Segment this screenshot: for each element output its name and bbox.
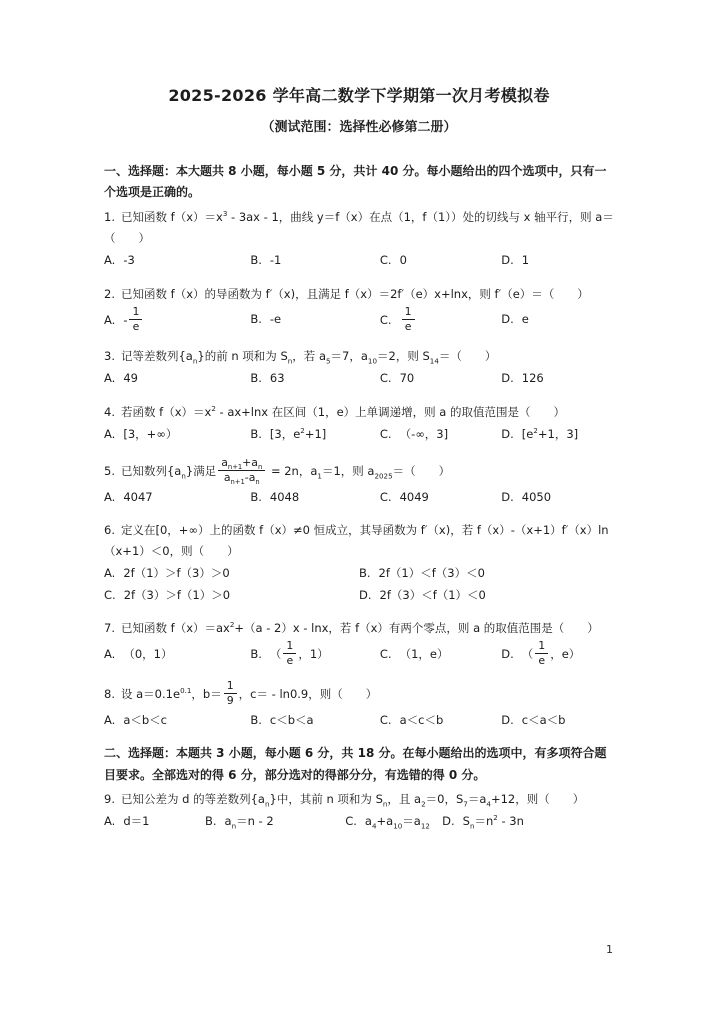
option-text: 4049 <box>400 490 429 504</box>
option-text: -e <box>270 312 281 326</box>
question-text: 已知函数 f（x）＝ax2+（a - 2）x - lnx，若 f（x）有两个零点… <box>121 621 599 635</box>
question-stem: 5.已知数列{an}满足an+1+anan+1-an = 2n，a1＝1，则 a… <box>104 457 614 485</box>
option-label: B. <box>250 253 262 267</box>
question: 5.已知数列{an}满足an+1+anan+1-an = 2n，a1＝1，则 a… <box>104 457 614 508</box>
question: 3.记等差数列{an}的前 n 项和为 Sn，若 a5＝7，a10＝2，则 S1… <box>104 346 614 390</box>
subscript: 7 <box>463 799 468 808</box>
options-row: A.a＜b＜c B.c＜b＜a C.a＜c＜b D.c＜a＜b <box>104 710 614 731</box>
question-number: 4. <box>104 405 115 419</box>
question: 9.已知公差为 d 的等差数列{an}中，其前 n 项和为 Sn，且 a2＝0，… <box>104 789 614 833</box>
fraction: an+1+anan+1-an <box>218 456 265 484</box>
option-text: [3，e2+1] <box>270 427 326 441</box>
subscript: 12 <box>421 822 430 831</box>
subscript: n <box>181 471 186 480</box>
option-label: D. <box>501 647 514 661</box>
answer-option: B.2f（1）＜f（3）＜0 <box>359 563 614 584</box>
answer-option: A.-3 <box>104 250 250 271</box>
answer-option: A.[3，+∞） <box>104 424 250 445</box>
answer-option: D.126 <box>501 368 614 389</box>
answer-option: A.a＜b＜c <box>104 710 250 731</box>
question-stem: 6.定义在[0，+∞）上的函数 f（x）≠0 恒成立，其导函数为 f′（x)，若… <box>104 520 614 563</box>
fraction: 1e <box>402 305 415 333</box>
option-label: C. <box>380 313 392 327</box>
subscript: 1 <box>317 471 322 480</box>
answer-option: B.63 <box>250 368 380 389</box>
options-row: A.-3 B.-1 C.0 D.1 <box>104 250 614 271</box>
fraction: 1e <box>535 639 548 667</box>
question-text: 已知函数 f（x）的导函数为 f′（x)，且满足 f（x）＝2f′（e）x+ln… <box>121 287 589 301</box>
answer-option: D.（1e，e） <box>501 640 614 668</box>
superscript: 0.1 <box>180 686 191 695</box>
question-text: 设 a＝0.1e0.1，b＝19，c＝ - ln0.9，则（ ） <box>121 687 377 701</box>
question-stem: 4.若函数 f（x）＝x2 - ax+lnx 在区间（1，e）上单调递增，则 a… <box>104 402 614 423</box>
question: 8.设 a＝0.1e0.1，b＝19，c＝ - ln0.9，则（ ） A.a＜b… <box>104 680 614 731</box>
option-label: D. <box>501 371 514 385</box>
option-text: 0 <box>400 253 407 267</box>
options-row: A.[3，+∞） B.[3，e2+1] C.（-∞，3] D.[e2+1，3] <box>104 424 614 445</box>
option-label: C. <box>104 588 116 602</box>
subscript: n+1 <box>231 478 245 486</box>
question-stem: 3.记等差数列{an}的前 n 项和为 Sn，若 a5＝7，a10＝2，则 S1… <box>104 346 614 367</box>
option-label: C. <box>380 490 392 504</box>
option-label: A. <box>104 647 115 661</box>
question-text: 若函数 f（x）＝x2 - ax+lnx 在区间（1，e）上单调递增，则 a 的… <box>121 405 565 419</box>
answer-option: D.4050 <box>501 487 614 508</box>
question-number: 5. <box>104 464 115 478</box>
answer-option: A.（0，1） <box>104 644 250 665</box>
answer-option: D.2f（3）＜f（1）＜0 <box>359 585 614 606</box>
section-heading: 一、选择题：本大题共 8 小题，每小题 5 分，共计 40 分。每小题给出的四个… <box>104 161 614 204</box>
question-stem: 7.已知函数 f（x）＝ax2+（a - 2）x - lnx，若 f（x）有两个… <box>104 618 614 639</box>
exam-subtitle: （测试范围：选择性必修第二册） <box>104 120 614 137</box>
option-label: A. <box>104 713 115 727</box>
option-label: D. <box>501 312 514 326</box>
option-label: A. <box>104 427 115 441</box>
subscript: n <box>288 357 293 366</box>
option-text: a4+a10＝a12 <box>365 814 430 828</box>
superscript: 3 <box>223 209 228 218</box>
option-label: B. <box>250 371 262 385</box>
option-label: C. <box>380 647 392 661</box>
option-text: Sn＝n2 - 3n <box>463 814 524 828</box>
answer-option: D.c＜a＜b <box>501 710 614 731</box>
option-text: a＜c＜b <box>400 713 444 727</box>
option-text: （1e，e） <box>522 647 581 661</box>
answer-option: B.an＝n - 2 <box>205 811 345 832</box>
options-row: A.2f（1）＞f（3）＞0 B.2f（1）＜f（3）＜0 C.2f（3）＞f（… <box>104 563 614 606</box>
question-number: 2. <box>104 287 115 301</box>
option-label: C. <box>380 371 392 385</box>
option-text: [e2+1，3] <box>522 427 578 441</box>
option-label: A. <box>104 566 115 580</box>
option-text: 70 <box>400 371 415 385</box>
answer-option: B.-e <box>250 309 380 330</box>
option-text: c＜b＜a <box>270 713 314 727</box>
question-number: 8. <box>104 687 115 701</box>
question: 2.已知函数 f（x）的导函数为 f′（x)，且满足 f（x）＝2f′（e）x+… <box>104 284 614 335</box>
answer-option: A.d＝1 <box>104 811 205 832</box>
option-label: D. <box>501 427 514 441</box>
question-stem: 2.已知函数 f（x）的导函数为 f′（x)，且满足 f（x）＝2f′（e）x+… <box>104 284 614 305</box>
answer-option: D.e <box>501 309 614 330</box>
question-stem: 8.设 a＝0.1e0.1，b＝19，c＝ - ln0.9，则（ ） <box>104 680 614 708</box>
question-text: 已知公差为 d 的等差数列{an}中，其前 n 项和为 Sn，且 a2＝0，S7… <box>121 792 584 806</box>
subscript: 2 <box>421 799 426 808</box>
answer-option: C.（-∞，3] <box>380 424 501 445</box>
option-label: D. <box>359 588 372 602</box>
option-text: （-∞，3] <box>400 427 449 441</box>
answer-option: B.c＜b＜a <box>250 710 380 731</box>
answer-option: A.2f（1）＞f（3）＞0 <box>104 563 359 584</box>
exam-sections: 一、选择题：本大题共 8 小题，每小题 5 分，共计 40 分。每小题给出的四个… <box>104 161 614 833</box>
answer-option: C.a4+a10＝a12 <box>345 811 442 832</box>
option-text: （0，1） <box>123 647 172 661</box>
question-number: 7. <box>104 621 115 635</box>
question: 4.若函数 f（x）＝x2 - ax+lnx 在区间（1，e）上单调递增，则 a… <box>104 402 614 446</box>
answer-option: B.[3，e2+1] <box>250 424 380 445</box>
superscript: 2 <box>493 814 498 823</box>
option-label: B. <box>205 814 217 828</box>
option-text: 2f（3）＞f（1）＞0 <box>124 588 230 602</box>
question: 1.已知函数 f（x）＝x3 - 3ax - 1，曲线 y＝f（x）在点（1，f… <box>104 207 614 272</box>
option-label: A. <box>104 313 115 327</box>
subscript: n <box>193 357 198 366</box>
superscript: 2 <box>230 620 235 629</box>
question-number: 1. <box>104 210 115 224</box>
option-text: d＝1 <box>123 814 149 828</box>
option-text: -3 <box>123 253 134 267</box>
options-row: A.-1e B.-e C.1e D.e <box>104 306 614 334</box>
option-label: C. <box>345 814 357 828</box>
section-heading: 二、选择题：本题共 3 小题，每小题 6 分，共 18 分。在每小题给出的选项中… <box>104 743 614 786</box>
option-label: B. <box>250 312 262 326</box>
subscript: 4 <box>486 799 491 808</box>
answer-option: C.（1，e） <box>380 644 501 665</box>
options-row: A.49 B.63 C.70 D.126 <box>104 368 614 389</box>
answer-option: D.1 <box>501 250 614 271</box>
option-label: A. <box>104 814 115 828</box>
fraction: 19 <box>224 679 237 707</box>
option-text: 2f（3）＜f（1）＜0 <box>380 588 486 602</box>
subscript: 10 <box>368 357 377 366</box>
subscript: 14 <box>430 357 439 366</box>
option-text: an＝n - 2 <box>225 814 274 828</box>
option-text: （1，e） <box>400 647 449 661</box>
option-label: C. <box>380 713 392 727</box>
option-text: [3，+∞） <box>123 427 177 441</box>
options-row: A.4047 B.4048 C.4049 D.4050 <box>104 487 614 508</box>
question-text: 已知函数 f（x）＝x3 - 3ax - 1，曲线 y＝f（x）在点（1，f（1… <box>104 210 614 245</box>
subscript: n <box>265 799 270 808</box>
option-text: 126 <box>522 371 544 385</box>
option-text: -1 <box>270 253 281 267</box>
option-text: 2f（1）＞f（3）＞0 <box>123 566 229 580</box>
question-text: 已知数列{an}满足an+1+anan+1-an = 2n，a1＝1，则 a20… <box>121 464 450 478</box>
question: 7.已知函数 f（x）＝ax2+（a - 2）x - lnx，若 f（x）有两个… <box>104 618 614 669</box>
answer-option: C.1e <box>380 306 501 334</box>
option-text: （1e，1） <box>270 647 329 661</box>
option-label: B. <box>250 647 262 661</box>
option-label: D. <box>501 490 514 504</box>
option-label: A. <box>104 371 115 385</box>
answer-option: C.70 <box>380 368 501 389</box>
option-text: 4050 <box>522 490 551 504</box>
option-label: B. <box>250 427 262 441</box>
subscript: n <box>470 822 475 831</box>
subscript: 10 <box>393 822 402 831</box>
option-label: C. <box>380 427 392 441</box>
answer-option: A.4047 <box>104 487 250 508</box>
option-text: -1e <box>123 313 144 327</box>
subscript: n <box>232 822 237 831</box>
option-text: a＜b＜c <box>123 713 167 727</box>
option-label: A. <box>104 490 115 504</box>
option-label: B. <box>250 490 262 504</box>
exam-title: 2025-2026 学年高二数学下学期第一次月考模拟卷 <box>104 86 614 107</box>
answer-option: C.a＜c＜b <box>380 710 501 731</box>
option-text: e <box>522 312 529 326</box>
options-row: A.d＝1 B.an＝n - 2 C.a4+a10＝a12 D.Sn＝n2 - … <box>104 811 614 832</box>
exam-paper-page: 2025-2026 学年高二数学下学期第一次月考模拟卷 （测试范围：选择性必修第… <box>0 0 720 1018</box>
superscript: 2 <box>211 404 216 413</box>
fraction: 1e <box>129 305 142 333</box>
option-label: B. <box>250 713 262 727</box>
question-number: 9. <box>104 792 115 806</box>
answer-option: D.Sn＝n2 - 3n <box>442 811 614 832</box>
option-label: B. <box>359 566 371 580</box>
option-label: D. <box>501 253 514 267</box>
fraction: 1e <box>283 639 296 667</box>
option-text: c＜a＜b <box>522 713 566 727</box>
superscript: 2 <box>533 426 538 435</box>
subscript: 5 <box>326 357 331 366</box>
exam-content: 2025-2026 学年高二数学下学期第一次月考模拟卷 （测试范围：选择性必修第… <box>104 86 614 845</box>
option-text: 49 <box>123 371 138 385</box>
subscript: 4 <box>372 822 377 831</box>
question-stem: 1.已知函数 f（x）＝x3 - 3ax - 1，曲线 y＝f（x）在点（1，f… <box>104 207 614 250</box>
options-row: A.（0，1） B.（1e，1） C.（1，e） D.（1e，e） <box>104 640 614 668</box>
option-text: 4047 <box>123 490 152 504</box>
option-text: 1e <box>400 313 417 327</box>
question-number: 3. <box>104 349 115 363</box>
answer-option: B.（1e，1） <box>250 640 380 668</box>
subscript: n <box>255 478 259 486</box>
question-stem: 9.已知公差为 d 的等差数列{an}中，其前 n 项和为 Sn，且 a2＝0，… <box>104 789 614 810</box>
answer-option: C.2f（3）＞f（1）＞0 <box>104 585 359 606</box>
question: 6.定义在[0，+∞）上的函数 f（x）≠0 恒成立，其导函数为 f′（x)，若… <box>104 520 614 606</box>
option-text: 2f（1）＜f（3）＜0 <box>379 566 485 580</box>
question-number: 6. <box>104 523 115 537</box>
option-label: C. <box>380 253 392 267</box>
question-text: 定义在[0，+∞）上的函数 f（x）≠0 恒成立，其导函数为 f′（x)，若 f… <box>104 523 609 558</box>
option-label: D. <box>442 814 455 828</box>
superscript: 2 <box>300 426 305 435</box>
answer-option: C.0 <box>380 250 501 271</box>
answer-option: A.-1e <box>104 306 250 334</box>
option-text: 4048 <box>270 490 299 504</box>
subscript: n <box>383 799 388 808</box>
answer-option: B.4048 <box>250 487 380 508</box>
answer-option: C.4049 <box>380 487 501 508</box>
answer-option: A.49 <box>104 368 250 389</box>
option-text: 1 <box>522 253 529 267</box>
option-label: A. <box>104 253 115 267</box>
answer-option: D.[e2+1，3] <box>501 424 614 445</box>
option-text: 63 <box>270 371 285 385</box>
page-number: 1 <box>606 943 613 956</box>
question-text: 记等差数列{an}的前 n 项和为 Sn，若 a5＝7，a10＝2，则 S14＝… <box>121 349 496 363</box>
option-label: D. <box>501 713 514 727</box>
subscript: 2025 <box>374 471 392 480</box>
answer-option: B.-1 <box>250 250 380 271</box>
